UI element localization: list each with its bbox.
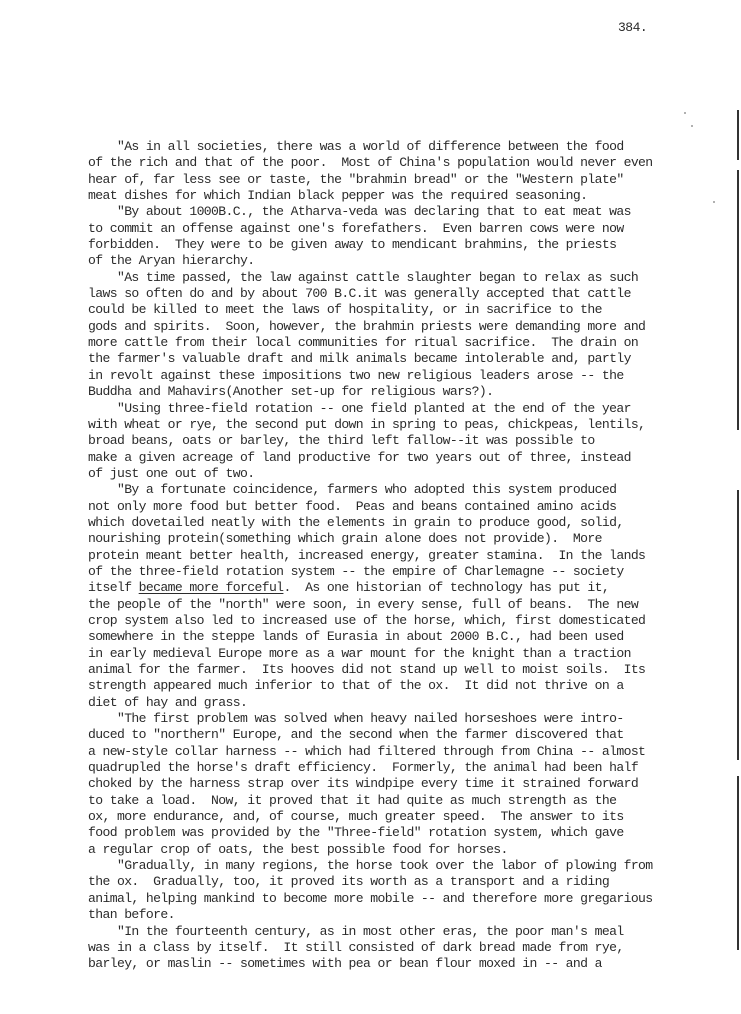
text-line: of the rich and that of the poor. Most o… <box>88 155 708 171</box>
scan-edge-gap <box>736 160 740 170</box>
text-line: strength appeared much inferior to that … <box>88 678 708 694</box>
text-line: hear of, far less see or taste, the "bra… <box>88 172 708 188</box>
text-line: forbidden. They were to be given away to… <box>88 237 708 253</box>
text-line: of the three-field rotation system -- th… <box>88 564 708 580</box>
text-line: laws so often do and by about 700 B.C.it… <box>88 286 708 302</box>
text-line: itself became more forceful. As one hist… <box>88 580 708 596</box>
text-line: protein meant better health, increased e… <box>88 548 708 564</box>
text-line: food problem was provided by the "Three-… <box>88 825 708 841</box>
text-line: "Using three-field rotation -- one field… <box>88 401 708 417</box>
text-line: somewhere in the steppe lands of Eurasia… <box>88 629 708 645</box>
scan-speck <box>684 112 686 114</box>
scan-edge-line <box>737 110 739 950</box>
text-line: Buddha and Mahavirs(Another set-up for r… <box>88 384 708 400</box>
text-line: to commit an offense against one's foref… <box>88 221 708 237</box>
text-line: crop system also led to increased use of… <box>88 613 708 629</box>
text-line: in early medieval Europe more as a war m… <box>88 646 708 662</box>
scan-edge-gap <box>736 760 740 776</box>
text-line: make a given acreage of land productive … <box>88 450 708 466</box>
text-line: the people of the "north" were soon, in … <box>88 597 708 613</box>
text-line: a regular crop of oats, the best possibl… <box>88 842 708 858</box>
text-line: in revolt against these impositions two … <box>88 368 708 384</box>
text-line: "By a fortunate coincidence, farmers who… <box>88 482 708 498</box>
text-line: could be killed to meet the laws of hosp… <box>88 302 708 318</box>
page-number: 384. <box>618 20 647 35</box>
text-line: broad beans, oats or barley, the third l… <box>88 433 708 449</box>
text-line: quadrupled the horse's draft efficiency.… <box>88 760 708 776</box>
text-line: ox, more endurance, and, of course, much… <box>88 809 708 825</box>
text-line: with wheat or rye, the second put down i… <box>88 417 708 433</box>
text-line: "As in all societies, there was a world … <box>88 139 708 155</box>
text-line: nourishing protein(something which grain… <box>88 531 708 547</box>
scanned-page: 384. "As in all societies, there was a w… <box>0 0 741 1014</box>
text-line: than before. <box>88 907 708 923</box>
text-line: which dovetailed neatly with the element… <box>88 515 708 531</box>
text-line: of the Aryan hierarchy. <box>88 253 708 269</box>
text-line: animal for the farmer. Its hooves did no… <box>88 662 708 678</box>
text-line: gods and spirits. Soon, however, the bra… <box>88 319 708 335</box>
text-line: duced to "northern" Europe, and the seco… <box>88 727 708 743</box>
text-line: of just one out of two. <box>88 466 708 482</box>
text-line: not only more food but better food. Peas… <box>88 499 708 515</box>
text-line: the ox. Gradually, too, it proved its wo… <box>88 874 708 890</box>
text-line: barley, or maslin -- sometimes with pea … <box>88 956 708 972</box>
text-line: "Gradually, in many regions, the horse t… <box>88 858 708 874</box>
text-line: "The first problem was solved when heavy… <box>88 711 708 727</box>
scan-speck <box>691 125 693 127</box>
underlined-phrase: became more forceful <box>139 580 284 595</box>
text-line: meat dishes for which Indian black peppe… <box>88 188 708 204</box>
text-line: "By about 1000B.C., the Atharva-veda was… <box>88 204 708 220</box>
text-line: diet of hay and grass. <box>88 695 708 711</box>
text-line: was in a class by itself. It still consi… <box>88 940 708 956</box>
text-line: a new-style collar harness -- which had … <box>88 744 708 760</box>
body-text: "As in all societies, there was a world … <box>88 139 708 973</box>
text-line: choked by the harness strap over its win… <box>88 776 708 792</box>
scan-edge-gap <box>736 430 740 490</box>
text-line: animal, helping mankind to become more m… <box>88 891 708 907</box>
text-line: more cattle from their local communities… <box>88 335 708 351</box>
text-line: "As time passed, the law against cattle … <box>88 270 708 286</box>
text-line: "In the fourteenth century, as in most o… <box>88 924 708 940</box>
text-line: to take a load. Now, it proved that it h… <box>88 793 708 809</box>
scan-speck <box>713 201 715 203</box>
text-line: the farmer's valuable draft and milk ani… <box>88 351 708 367</box>
